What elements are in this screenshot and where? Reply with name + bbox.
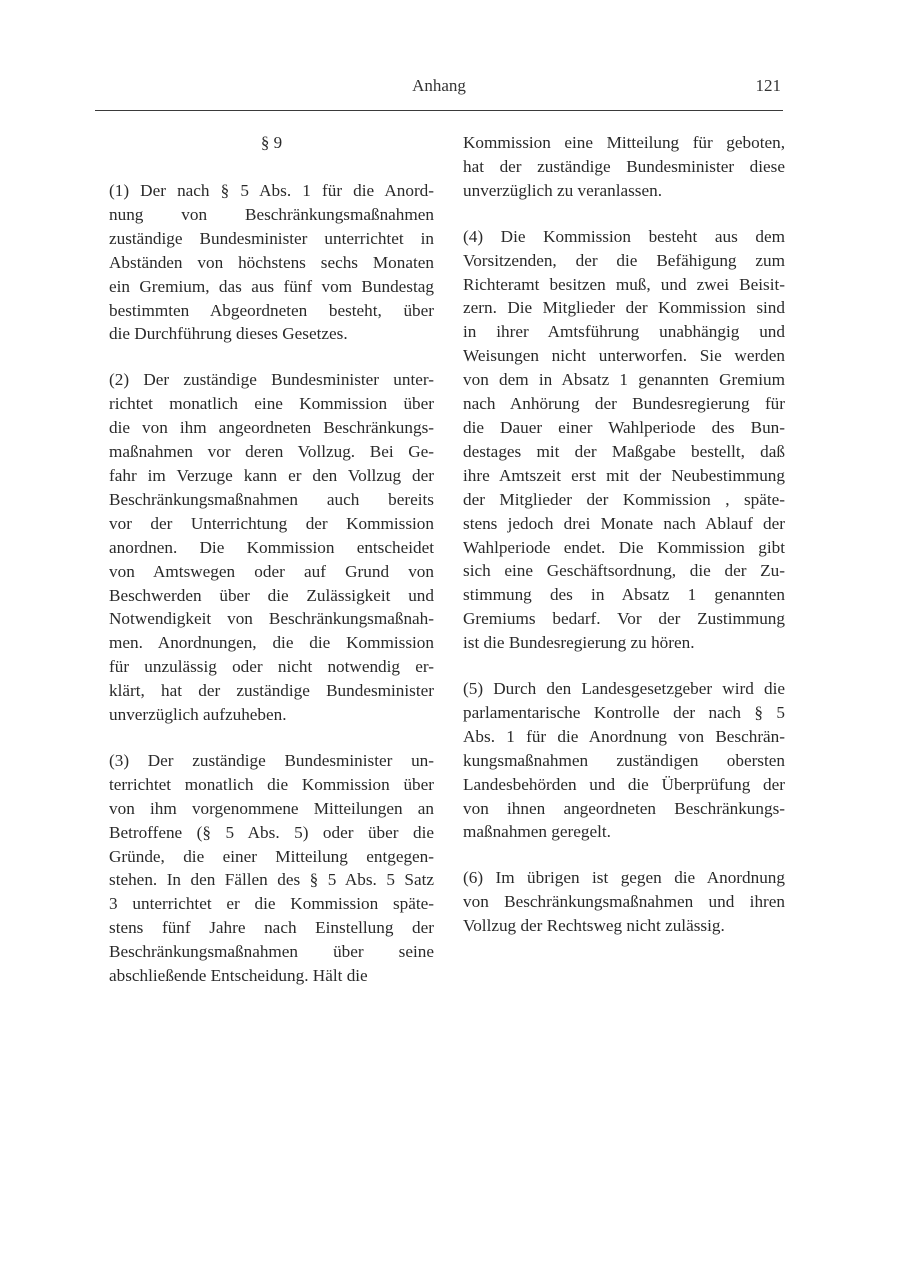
text-line: Betroffene (§ 5 Abs. 5) oder über die xyxy=(109,821,434,845)
text-line: 3 unterrichtet er die Kommission späte- xyxy=(109,892,434,916)
text-line: die von ihm angeordneten Beschränkungs- xyxy=(109,416,434,440)
paragraph: (4) Die Kommission besteht aus demVorsit… xyxy=(463,225,785,655)
text-line: ist die Bundesregierung zu hören. xyxy=(463,631,785,655)
text-line: Abs. 1 für die Anordnung von Beschrän- xyxy=(463,725,785,749)
header-rule xyxy=(95,110,783,111)
text-line: fahr im Verzuge kann er den Vollzug der xyxy=(109,464,434,488)
section-heading: § 9 xyxy=(109,131,434,155)
text-line: von Amtswegen oder auf Grund von xyxy=(109,560,434,584)
text-line: men. Anordnungen, die die Kommission xyxy=(109,631,434,655)
text-line: Vorsitzenden, der die Befähigung zum xyxy=(463,249,785,273)
text-line: (4) Die Kommission besteht aus dem xyxy=(463,225,785,249)
right-column: Kommission eine Mitteilung für geboten,h… xyxy=(463,131,785,960)
text-line: Richteramt besitzen muß, und zwei Beisit… xyxy=(463,273,785,297)
text-line: terrichtet monatlich die Kommission über xyxy=(109,773,434,797)
text-line: Beschwerden über die Zulässigkeit und xyxy=(109,584,434,608)
text-line: unverzüglich aufzuheben. xyxy=(109,703,434,727)
text-line: Gremiums bedarf. Vor der Zustimmung xyxy=(463,607,785,631)
text-line: (1) Der nach § 5 Abs. 1 für die Anord- xyxy=(109,179,434,203)
paragraph: (1) Der nach § 5 Abs. 1 für die Anord-nu… xyxy=(109,179,434,346)
text-line: nung von Beschränkungsmaßnahmen xyxy=(109,203,434,227)
text-line: von ihm vorgenommene Mitteilungen an xyxy=(109,797,434,821)
text-line: Beschränkungsmaßnahmen über seine xyxy=(109,940,434,964)
text-line: Gründe, die einer Mitteilung entgegen- xyxy=(109,845,434,869)
text-line: für unzulässig oder nicht notwendig er- xyxy=(109,655,434,679)
text-line: der Mitglieder der Kommission , späte- xyxy=(463,488,785,512)
text-line: sich eine Geschäftsordnung, die der Zu- xyxy=(463,559,785,583)
text-line: die Durchführung dieses Gesetzes. xyxy=(109,322,434,346)
text-line: Landesbehörden und die Überprüfung der xyxy=(463,773,785,797)
paragraph: (2) Der zuständige Bundesminister unter-… xyxy=(109,368,434,727)
text-line: Weisungen nicht unterworfen. Sie werden xyxy=(463,344,785,368)
text-line: abschließende Entscheidung. Hält die xyxy=(109,964,434,988)
text-line: vor der Unterrichtung der Kommission xyxy=(109,512,434,536)
text-line: von ihnen angeordneten Beschränkungs- xyxy=(463,797,785,821)
text-line: bestimmten Abgeordneten besteht, über xyxy=(109,299,434,323)
paragraph: Kommission eine Mitteilung für geboten,h… xyxy=(463,131,785,203)
text-line: Kommission eine Mitteilung für geboten, xyxy=(463,131,785,155)
text-line: destages mit der Maßgabe bestellt, daß xyxy=(463,440,785,464)
paragraph: (6) Im übrigen ist gegen die Anordnungvo… xyxy=(463,866,785,938)
text-line: klärt, hat der zuständige Bundesminister xyxy=(109,679,434,703)
running-title: Anhang xyxy=(95,74,783,98)
text-line: Abständen von höchstens sechs Monaten xyxy=(109,251,434,275)
text-line: stehen. In den Fällen des § 5 Abs. 5 Sat… xyxy=(109,868,434,892)
text-line: richtet monatlich eine Kommission über xyxy=(109,392,434,416)
text-line: in ihrer Amtsführung unabhängig und xyxy=(463,320,785,344)
text-line: Notwendigkeit von Beschränkungsmaßnah- xyxy=(109,607,434,631)
text-line: Vollzug der Rechtsweg nicht zulässig. xyxy=(463,914,785,938)
text-line: stimmung des in Absatz 1 genannten xyxy=(463,583,785,607)
text-line: von dem in Absatz 1 genannten Gremium xyxy=(463,368,785,392)
text-line: Wahlperiode endet. Die Kommission gibt xyxy=(463,536,785,560)
text-line: hat der zuständige Bundesminister diese xyxy=(463,155,785,179)
page-number: 121 xyxy=(756,74,782,98)
text-line: ein Gremium, das aus fünf vom Bundestag xyxy=(109,275,434,299)
text-line: kungsmaßnahmen zuständigen obersten xyxy=(463,749,785,773)
text-line: Beschränkungsmaßnahmen auch bereits xyxy=(109,488,434,512)
text-line: nach Anhörung der Bundesregierung für xyxy=(463,392,785,416)
text-line: anordnen. Die Kommission entscheidet xyxy=(109,536,434,560)
text-line: (3) Der zuständige Bundesminister un- xyxy=(109,749,434,773)
text-line: zern. Die Mitglieder der Kommission sind xyxy=(463,296,785,320)
left-column: § 9 (1) Der nach § 5 Abs. 1 für die Anor… xyxy=(109,131,434,1010)
text-line: ihre Amtszeit erst mit der Neubestimmung xyxy=(463,464,785,488)
text-line: (2) Der zuständige Bundesminister unter- xyxy=(109,368,434,392)
text-line: (6) Im übrigen ist gegen die Anordnung xyxy=(463,866,785,890)
text-line: maßnahmen vor deren Vollzug. Bei Ge- xyxy=(109,440,434,464)
text-line: stens jedoch drei Monate nach Ablauf der xyxy=(463,512,785,536)
text-line: zuständige Bundesminister unterrichtet i… xyxy=(109,227,434,251)
text-line: die Dauer einer Wahlperiode des Bun- xyxy=(463,416,785,440)
page-header: Anhang 121 xyxy=(95,74,783,98)
text-line: von Beschränkungsmaßnahmen und ihren xyxy=(463,890,785,914)
text-line: parlamentarische Kontrolle der nach § 5 xyxy=(463,701,785,725)
text-line: maßnahmen geregelt. xyxy=(463,820,785,844)
text-line: unverzüglich zu veranlassen. xyxy=(463,179,785,203)
text-line: (5) Durch den Landesgesetzgeber wird die xyxy=(463,677,785,701)
paragraph: (3) Der zuständige Bundesminister un-ter… xyxy=(109,749,434,988)
text-line: stens fünf Jahre nach Einstellung der xyxy=(109,916,434,940)
paragraph: (5) Durch den Landesgesetzgeber wird die… xyxy=(463,677,785,844)
